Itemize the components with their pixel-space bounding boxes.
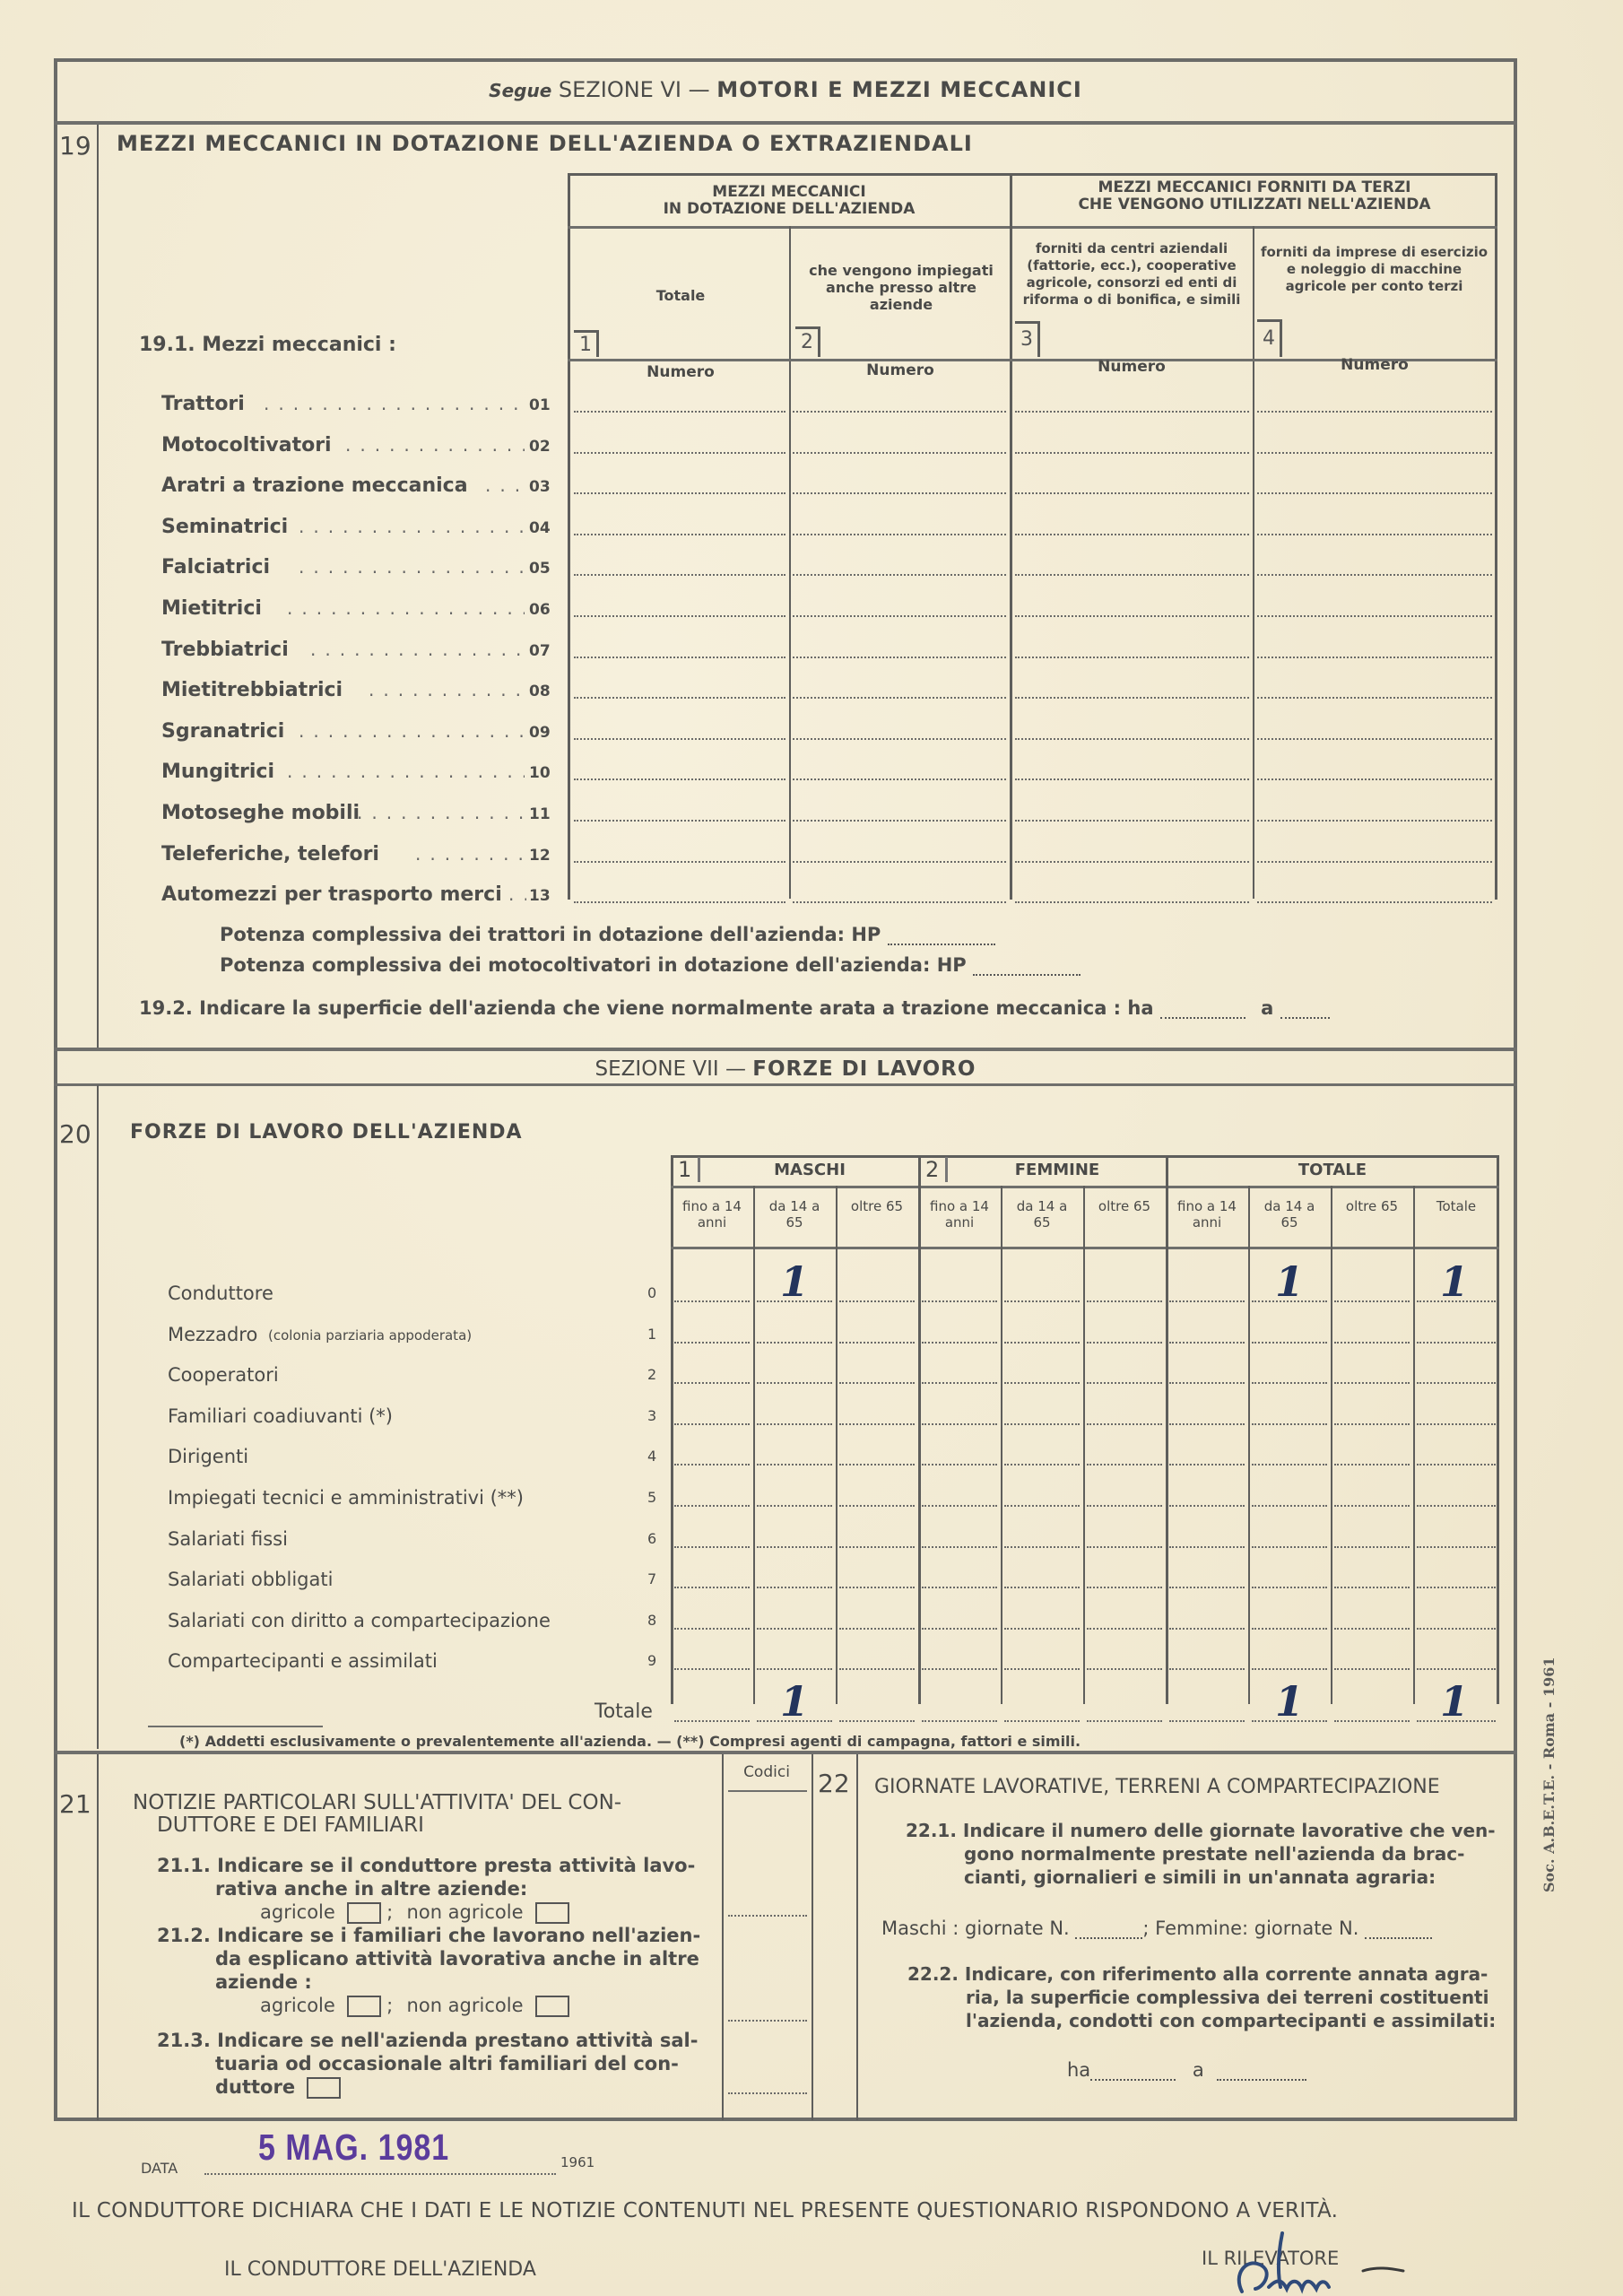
q19-cell-col1[interactable] — [574, 657, 785, 658]
q20-cell[interactable] — [922, 1300, 997, 1302]
q20-cell[interactable] — [839, 1668, 915, 1670]
q20-cell[interactable] — [757, 1464, 832, 1465]
q20-cell[interactable] — [1087, 1668, 1162, 1670]
q20-row-label: Mezzadro — [168, 1324, 257, 1345]
q20-cell[interactable] — [757, 1505, 832, 1507]
q19-cell-col3[interactable] — [1015, 492, 1249, 494]
q20-row-code: 5 — [647, 1489, 656, 1506]
q22-a-label: a — [1193, 2059, 1204, 2081]
q19-cell-col2[interactable] — [793, 534, 1006, 535]
q19-cell-col2[interactable] — [793, 861, 1006, 863]
q20-cell[interactable] — [1334, 1628, 1410, 1630]
q19-cell-col3[interactable] — [1015, 574, 1249, 576]
q19-cell-col2[interactable] — [793, 820, 1006, 822]
handwritten-total: 1 — [780, 1677, 809, 1726]
q20-total-cell[interactable] — [1334, 1720, 1410, 1722]
q20-total-cell[interactable] — [839, 1720, 915, 1722]
divider — [54, 121, 1517, 125]
q21-3-checkbox[interactable] — [307, 2077, 341, 2099]
q19-cell-col3[interactable] — [1015, 738, 1249, 740]
q20-cell[interactable] — [1417, 1587, 1496, 1588]
q19-row-label: Mietitrebbiatrici — [161, 679, 343, 701]
q20-cell[interactable] — [1087, 1587, 1162, 1588]
handwritten-value: 1 — [1440, 1257, 1469, 1306]
q21-item-2: 21.2. Indicare se i familiari che lavora… — [157, 1924, 700, 2017]
divider — [811, 1754, 813, 2120]
q20-cell[interactable] — [1417, 1668, 1496, 1670]
q20-subcolumn-header: fino a 14 anni — [918, 1198, 1001, 1231]
q20-cell[interactable] — [922, 1587, 997, 1588]
q20-cell[interactable] — [1004, 1342, 1080, 1344]
q20-row-label: Dirigenti — [168, 1446, 248, 1467]
divider — [789, 226, 791, 899]
q20-cell[interactable] — [1252, 1342, 1327, 1344]
q19-cell-col2[interactable] — [793, 615, 1006, 617]
q19-2-a-label: a — [1261, 997, 1273, 1019]
divider — [1001, 1186, 1002, 1704]
q20-subcolumn-header: oltre 65 — [1083, 1198, 1166, 1214]
q20-total-cell[interactable] — [674, 1720, 750, 1722]
q20-cell[interactable] — [1087, 1382, 1162, 1384]
section6-prefix: Segue — [489, 80, 551, 101]
section7-header: SEZIONE VII — FORZE DI LAVORO — [54, 1051, 1517, 1087]
q19-row-label: Mietitrici — [161, 597, 262, 620]
q20-total-cell[interactable] — [922, 1720, 997, 1722]
q19-power-tractors-field[interactable] — [888, 944, 995, 945]
q20-cell[interactable] — [1087, 1505, 1162, 1507]
q21-2-agricole-label: agricole — [157, 1995, 335, 2016]
q19-cell-col4[interactable] — [1257, 657, 1492, 658]
q20-cell[interactable] — [674, 1505, 750, 1507]
q20-cell[interactable] — [1004, 1668, 1080, 1670]
q20-cell[interactable] — [674, 1382, 750, 1384]
q20-cell[interactable] — [1334, 1587, 1410, 1588]
q19-row-code: 03 — [529, 478, 551, 496]
q20-cell[interactable] — [1252, 1505, 1327, 1507]
q19-cell-col2[interactable] — [793, 657, 1006, 658]
divider — [671, 1186, 1499, 1188]
q19-cell-col3[interactable] — [1015, 657, 1249, 658]
q19-col3-number: 3 — [1015, 321, 1040, 357]
q22-2-line: ria, la superficie complessiva dei terre… — [907, 1987, 1488, 2008]
q19-2-a-field[interactable] — [1280, 1017, 1330, 1019]
q19-power-motocultivators-field[interactable] — [973, 974, 1081, 976]
q19-cell-col2[interactable] — [793, 452, 1006, 454]
q20-row-code: 6 — [647, 1530, 656, 1547]
footnote-rule — [148, 1726, 323, 1727]
q21-1-agricole-checkbox[interactable] — [347, 1902, 381, 1924]
q20-cell[interactable] — [1417, 1464, 1496, 1465]
q20-cell[interactable] — [674, 1587, 750, 1588]
q20-cell[interactable] — [757, 1628, 832, 1630]
q20-cell[interactable] — [839, 1464, 915, 1465]
q19-cell-col4[interactable] — [1257, 411, 1492, 413]
q21-2-line: aziende : — [157, 1971, 312, 1993]
q19-row-label: Trebbiatrici — [161, 639, 289, 661]
q19-cell-col2[interactable] — [793, 697, 1006, 699]
q19-cell-col1[interactable] — [574, 697, 785, 699]
separator: ; — [386, 1995, 393, 2016]
q19-cell-col2[interactable] — [793, 411, 1006, 413]
q20-group-number: 1 — [678, 1157, 700, 1182]
divider — [568, 226, 1497, 229]
declaration: IL CONDUTTORE DICHIARA CHE I DATI E LE N… — [72, 2199, 1338, 2222]
q20-cell[interactable] — [922, 1505, 997, 1507]
q20-cell[interactable] — [757, 1382, 832, 1384]
q19-row-label: Trattori — [161, 393, 245, 415]
q19-cell-col1[interactable] — [574, 738, 785, 740]
q22-area: ha a — [1067, 2059, 1306, 2081]
q19-cell-col1[interactable] — [574, 820, 785, 822]
q19-cell-col4[interactable] — [1257, 778, 1492, 780]
q19-row-label: Mungitrici — [161, 761, 274, 783]
q19-cell-col2[interactable] — [793, 778, 1006, 780]
q21-1-number: 21.1. — [157, 1855, 211, 1876]
q19-cell-col4[interactable] — [1257, 452, 1492, 454]
section6-title: MOTORI E MEZZI MECCANICI — [716, 77, 1082, 102]
q20-cell[interactable] — [922, 1423, 997, 1425]
q19-cell-col3[interactable] — [1015, 820, 1249, 822]
question-number-divider — [97, 1754, 99, 2120]
q19-row-label: Motocoltivatori — [161, 434, 332, 457]
q19-cell-col4[interactable] — [1257, 615, 1492, 617]
q22-ha-label: ha — [1067, 2059, 1090, 2081]
q21-3-line: duttore — [157, 2076, 295, 2098]
q19-cell-col1[interactable] — [574, 615, 785, 617]
q20-cell[interactable] — [1252, 1546, 1327, 1548]
q20-cell[interactable] — [1334, 1342, 1410, 1344]
leader-dots: .................... — [264, 393, 525, 414]
q20-cell[interactable] — [1252, 1628, 1327, 1630]
question-number-divider — [97, 1085, 99, 1749]
q20-cell[interactable] — [839, 1423, 915, 1425]
q19-row-label: Falciatrici — [161, 556, 270, 578]
q20-row-code: 1 — [647, 1326, 656, 1343]
q20-cell[interactable] — [674, 1628, 750, 1630]
q19-cell-col1[interactable] — [574, 574, 785, 576]
q19-cell-col4[interactable] — [1257, 574, 1492, 576]
q20-subcolumn-header: oltre 65 — [1331, 1198, 1413, 1214]
q21-1-line: Indicare se il conduttore presta attivit… — [217, 1855, 695, 1876]
q20-cell[interactable] — [1004, 1464, 1080, 1465]
q20-cell[interactable] — [839, 1505, 915, 1507]
q19-group-left-l2: IN DOTAZIONE DELL'AZIENDA — [570, 201, 1008, 218]
divider — [1166, 1155, 1168, 1704]
q19-title: MEZZI MECCANICI IN DOTAZIONE DELL'AZIEND… — [117, 131, 973, 156]
q20-cell[interactable] — [922, 1668, 997, 1670]
q20-cell[interactable] — [757, 1342, 832, 1344]
q21-2-non-agricole-checkbox[interactable] — [535, 1996, 569, 2017]
q21-1-code-field[interactable] — [728, 1915, 807, 1917]
q20-cell[interactable] — [1169, 1628, 1245, 1630]
q20-cell[interactable] — [839, 1587, 915, 1588]
q21-3-code-field[interactable] — [728, 2092, 807, 2094]
q20-cell[interactable] — [1417, 1505, 1496, 1507]
q19-col4-unit: Numero — [1255, 357, 1494, 374]
q20-cell[interactable] — [922, 1464, 997, 1465]
q21-title-l1: NOTIZIE PARTICOLARI SULL'ATTIVITA' DEL C… — [133, 1791, 621, 1814]
q20-cell[interactable] — [674, 1300, 750, 1302]
q21-2-code-field[interactable] — [728, 2020, 807, 2022]
q19-cell-col3[interactable] — [1015, 452, 1249, 454]
q19-cell-col1[interactable] — [574, 492, 785, 494]
q20-subcolumn-header: fino a 14 anni — [671, 1198, 753, 1231]
q20-cell[interactable] — [1169, 1300, 1245, 1302]
q19-col3-label: forniti da centri aziendali (fattorie, e… — [1013, 240, 1250, 309]
divider — [728, 1790, 807, 1792]
q19-cell-col4[interactable] — [1257, 492, 1492, 494]
q20-cell[interactable] — [1417, 1546, 1496, 1548]
q19-cell-col4[interactable] — [1257, 534, 1492, 535]
q19-cell-col3[interactable] — [1015, 534, 1249, 535]
q20-subcolumn-header: fino a 14 anni — [1166, 1198, 1248, 1231]
q19-row-code: 04 — [529, 519, 551, 537]
q20-cell[interactable] — [1334, 1382, 1410, 1384]
q19-cell-col3[interactable] — [1015, 778, 1249, 780]
q19-cell-col2[interactable] — [793, 492, 1006, 494]
q20-total-cell[interactable] — [1087, 1720, 1162, 1722]
q20-cell[interactable] — [1417, 1628, 1496, 1630]
q19-cell-col1[interactable] — [574, 778, 785, 780]
q20-cell[interactable] — [1252, 1464, 1327, 1465]
q19-cell-col3[interactable] — [1015, 901, 1249, 903]
signature-left-label: IL CONDUTTORE DELL'AZIENDA — [224, 2258, 536, 2281]
q21-3-line: Indicare se nell'azienda prestano attivi… — [217, 2030, 698, 2051]
date-field[interactable] — [204, 2173, 556, 2175]
q19-cell-col4[interactable] — [1257, 738, 1492, 740]
q22-males-field[interactable] — [1075, 1937, 1142, 1939]
q20-row-code: 2 — [647, 1366, 656, 1383]
q19-group-right: MEZZI MECCANICI FORNITI DA TERZI CHE VEN… — [1013, 179, 1496, 213]
divider — [1010, 173, 1012, 900]
q20-cell[interactable] — [839, 1382, 915, 1384]
separator: ; — [386, 1901, 393, 1923]
q20-cell[interactable] — [1169, 1342, 1245, 1344]
q20-cell[interactable] — [922, 1382, 997, 1384]
q20-subcolumn-header: da 14 a 65 — [1001, 1198, 1083, 1231]
section6-header: Segue SEZIONE VI — MOTORI E MEZZI MECCAN… — [54, 63, 1517, 117]
q22-item-2: 22.2. Indicare, con riferimento alla cor… — [907, 1962, 1496, 2032]
date-label: DATA — [141, 2160, 178, 2177]
q20-cell[interactable] — [1087, 1628, 1162, 1630]
q20-cell[interactable] — [1334, 1505, 1410, 1507]
q20-cell[interactable] — [1252, 1668, 1327, 1670]
divider — [1248, 1186, 1250, 1704]
q19-cell-col1[interactable] — [574, 861, 785, 863]
q20-cell[interactable] — [1004, 1546, 1080, 1548]
divider — [836, 1186, 838, 1704]
q20-cell[interactable] — [674, 1464, 750, 1465]
q20-cell[interactable] — [1417, 1423, 1496, 1425]
q20-cell[interactable] — [839, 1300, 915, 1302]
q20-row-code: 7 — [647, 1570, 656, 1587]
q19-cell-col2[interactable] — [793, 738, 1006, 740]
q19-col2-number: 2 — [795, 326, 820, 357]
q19-row-code: 13 — [529, 887, 551, 905]
q20-cell[interactable] — [839, 1628, 915, 1630]
leader-dots: .................... — [508, 883, 526, 905]
q20-row-label: Impiegati tecnici e amministrativi (**) — [168, 1487, 524, 1509]
q22-number: 22 — [818, 1769, 850, 1798]
q19-row-code: 01 — [529, 396, 551, 414]
q19-cell-col1[interactable] — [574, 534, 785, 535]
q20-total-cell[interactable] — [1004, 1720, 1080, 1722]
handwritten-value: 1 — [780, 1257, 809, 1306]
q20-row-label: Conduttore — [168, 1283, 273, 1304]
q19-group-right-l2: CHE VENGONO UTILIZZATI NELL'AZIENDA — [1013, 196, 1496, 213]
q20-cell[interactable] — [757, 1423, 832, 1425]
q19-row-label: Teleferiche, telefori — [161, 843, 379, 865]
q20-cell[interactable] — [839, 1342, 915, 1344]
q19-cell-col1[interactable] — [574, 901, 785, 903]
divider — [1413, 1186, 1415, 1704]
q20-cell[interactable] — [674, 1668, 750, 1670]
q20-cell[interactable] — [1004, 1300, 1080, 1302]
q20-row-sublabel: (colonia parziaria appoderata) — [268, 1327, 472, 1344]
q19-cell-col4[interactable] — [1257, 697, 1492, 699]
q19-cell-col3[interactable] — [1015, 861, 1249, 863]
q20-row-code: 8 — [647, 1612, 656, 1629]
q19-cell-col2[interactable] — [793, 901, 1006, 903]
leader-dots: .................... — [299, 516, 525, 537]
q19-cell-col2[interactable] — [793, 574, 1006, 576]
q20-cell[interactable] — [1169, 1587, 1245, 1588]
q19-group-right-l1: MEZZI MECCANICI FORNITI DA TERZI — [1013, 179, 1496, 196]
q20-cell[interactable] — [922, 1546, 997, 1548]
divider — [1331, 1186, 1332, 1704]
q20-cell[interactable] — [1087, 1423, 1162, 1425]
divider — [1253, 226, 1254, 899]
q20-cell[interactable] — [1087, 1546, 1162, 1548]
q20-cell[interactable] — [1252, 1423, 1327, 1425]
section7-title: FORZE DI LAVORO — [752, 1057, 976, 1081]
q19-cell-col4[interactable] — [1257, 901, 1492, 903]
q21-1-non-agricole-checkbox[interactable] — [535, 1902, 569, 1924]
q20-group-number: 2 — [925, 1157, 948, 1182]
q20-cell[interactable] — [1252, 1382, 1327, 1384]
q19-cell-col3[interactable] — [1015, 615, 1249, 617]
leader-dots: .................... — [287, 597, 525, 619]
q20-cell[interactable] — [1169, 1505, 1245, 1507]
q20-cell[interactable] — [1004, 1587, 1080, 1588]
q20-cell[interactable] — [1334, 1300, 1410, 1302]
q22-ha-field[interactable] — [1090, 2079, 1176, 2081]
q20-cell[interactable] — [1087, 1300, 1162, 1302]
q19-cell-col4[interactable] — [1257, 820, 1492, 822]
q22-females-field[interactable] — [1365, 1937, 1432, 1939]
q21-2-agricole-checkbox[interactable] — [347, 1996, 381, 2017]
codes-header: Codici — [722, 1763, 811, 1781]
q19-cell-col1[interactable] — [574, 411, 785, 413]
q20-cell[interactable] — [1334, 1423, 1410, 1425]
divider — [722, 1754, 724, 2120]
q19-row-label: Automezzi per trasporto merci — [161, 883, 502, 906]
leader-dots: .................... — [287, 761, 525, 782]
q22-item-1: 22.1. Indicare il numero delle giornate … — [906, 1819, 1496, 1889]
q19-row-code: 10 — [529, 764, 551, 782]
q20-cell[interactable] — [1417, 1382, 1496, 1384]
q20-cell[interactable] — [1334, 1464, 1410, 1465]
q20-cell[interactable] — [1169, 1382, 1245, 1384]
q21-3-number: 21.3. — [157, 2030, 211, 2051]
q20-cell[interactable] — [674, 1546, 750, 1548]
q22-2-line: l'azienda, condotti con compartecipanti … — [907, 2010, 1496, 2031]
q19-row-label: Sgranatrici — [161, 720, 284, 743]
q20-row-label: Compartecipanti e assimilati — [168, 1650, 438, 1672]
q22-days: Maschi : giornate N. ; Femmine: giornate… — [881, 1918, 1432, 1939]
divider — [671, 1247, 1499, 1249]
q19-cell-col4[interactable] — [1257, 861, 1492, 863]
q20-cell[interactable] — [1169, 1546, 1245, 1548]
q20-cell[interactable] — [1169, 1464, 1245, 1465]
q20-cell[interactable] — [1417, 1342, 1496, 1344]
q20-row-code: 0 — [647, 1284, 656, 1301]
q22-a-field[interactable] — [1217, 2079, 1306, 2081]
q20-cell[interactable] — [674, 1423, 750, 1425]
surveyor-signature — [1193, 2224, 1426, 2296]
q20-cell[interactable] — [757, 1587, 832, 1588]
q20-cell[interactable] — [757, 1546, 832, 1548]
q19-number: 19 — [59, 131, 91, 161]
q20-cell[interactable] — [1169, 1423, 1245, 1425]
leader-dots: .................... — [299, 556, 525, 578]
q20-cell[interactable] — [674, 1342, 750, 1344]
q20-cell[interactable] — [1169, 1668, 1245, 1670]
leader-dots: .................... — [485, 474, 525, 496]
q22-1-line: cianti, giornalieri e simili in un'annat… — [906, 1866, 1436, 1888]
q19-power-motocultivators: Potenza complessiva dei motocoltivatori … — [220, 954, 1081, 976]
q20-cell[interactable] — [839, 1546, 915, 1548]
leader-dots: .................... — [310, 639, 525, 660]
q19-row-code: 06 — [529, 601, 551, 619]
q20-cell[interactable] — [1334, 1546, 1410, 1548]
q20-cell[interactable] — [1004, 1423, 1080, 1425]
leader-dots: .................... — [299, 720, 525, 742]
q19-power-motocultivators-label: Potenza complessiva dei motocoltivatori … — [220, 954, 967, 976]
section6-dash: — — [689, 77, 710, 102]
q20-cell[interactable] — [1334, 1668, 1410, 1670]
q19-power-tractors: Potenza complessiva dei trattori in dota… — [220, 924, 995, 945]
q20-cell[interactable] — [922, 1342, 997, 1344]
q19-col1-number: 1 — [574, 330, 599, 357]
q20-group-label: FEMMINE — [949, 1161, 1166, 1179]
q19-row-label: Seminatrici — [161, 516, 288, 538]
leader-dots: .................... — [345, 434, 525, 456]
q22-males-label: Maschi : giornate N. — [881, 1918, 1070, 1939]
q20-cell[interactable] — [757, 1668, 832, 1670]
q20-cell[interactable] — [1087, 1464, 1162, 1465]
q20-cell[interactable] — [922, 1628, 997, 1630]
date-stamp: 5 MAG. 1981 — [258, 2127, 449, 2170]
q20-cell[interactable] — [1004, 1628, 1080, 1630]
q19-cell-col3[interactable] — [1015, 697, 1249, 699]
handwritten-total: 1 — [1440, 1677, 1469, 1726]
q22-females-label: ; Femmine: giornate N. — [1142, 1918, 1358, 1939]
q20-row-code: 9 — [647, 1652, 656, 1669]
q20-total-cell[interactable] — [1169, 1720, 1245, 1722]
q19-2-ha-field[interactable] — [1160, 1017, 1245, 1019]
q19-row-label: Motoseghe mobili — [161, 802, 360, 824]
q20-cell[interactable] — [1004, 1382, 1080, 1384]
q20-subcolumn-header: oltre 65 — [836, 1198, 918, 1214]
q19-cell-col3[interactable] — [1015, 411, 1249, 413]
q19-cell-col1[interactable] — [574, 452, 785, 454]
q20-cell[interactable] — [1087, 1342, 1162, 1344]
q19-col1-unit: Numero — [574, 364, 787, 381]
q20-cell[interactable] — [1252, 1587, 1327, 1588]
q19-col1-label: Totale — [574, 287, 787, 304]
q20-cell[interactable] — [1004, 1505, 1080, 1507]
